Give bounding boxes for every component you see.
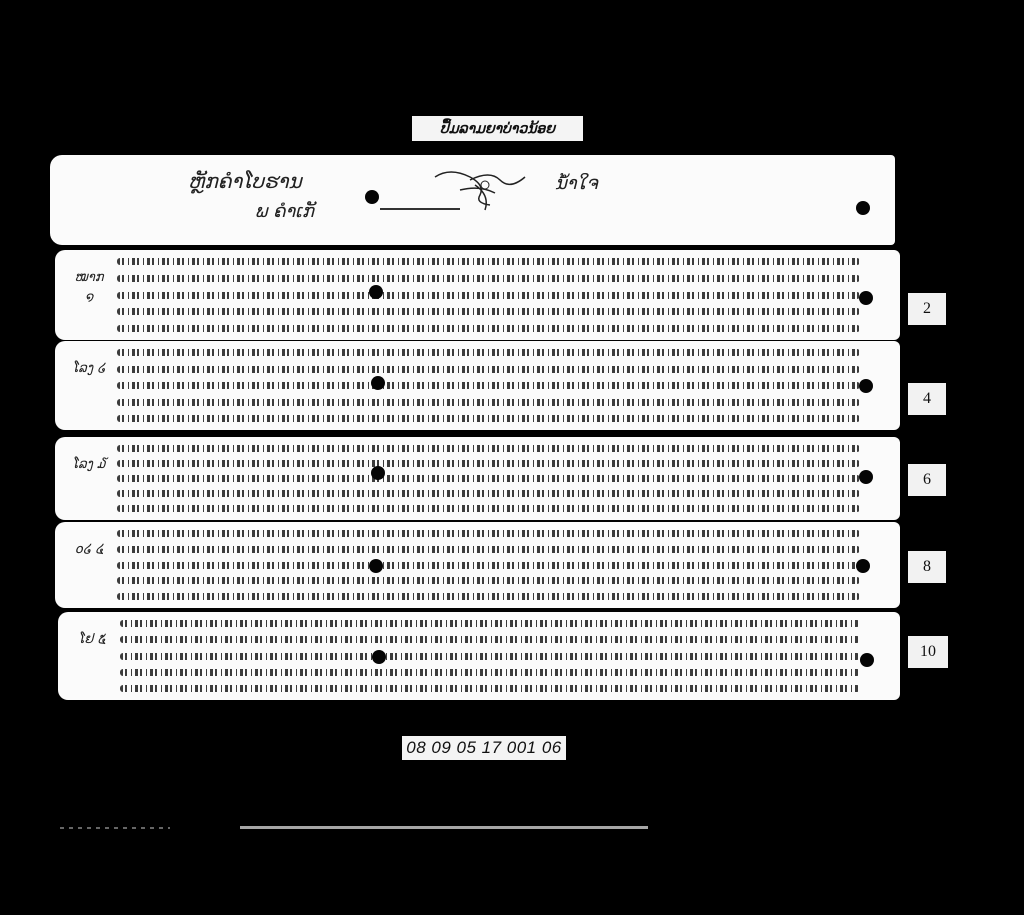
manuscript-title-text: ປຶ້ມລາມຍາບ່າວນ້ອຍ [440,120,555,137]
binding-hole-right [859,379,873,393]
binding-hole-left [371,466,385,480]
binding-hole-right [859,470,873,484]
manuscript-text-block [117,349,860,422]
binding-hole-right [856,559,870,573]
cover-rule-line [380,208,460,210]
binding-hole-right [856,201,870,215]
manuscript-text-block [120,620,860,692]
manuscript-text-block [117,258,860,332]
manuscript-id-text: 08 09 05 17 001 06 [406,738,562,758]
binding-hole-left [369,559,383,573]
margin-folio-note: ໝາກ ໑ [69,268,109,308]
manuscript-title-label: ປຶ້ມລາມຍາບ່າວນ້ອຍ [412,116,583,141]
margin-folio-note: ໂລງ ໓ [69,455,109,475]
binding-hole-left [369,285,383,299]
page-number-tag: 10 [908,636,948,668]
binding-hole-left [371,376,385,390]
page-number-tag: 6 [908,464,946,496]
palm-leaf-page: ໂລງ ໒ [55,341,900,430]
binding-hole-right [859,291,873,305]
manuscript-text-block [117,530,860,600]
margin-folio-note: ໐໒ ໔ [69,540,109,560]
palm-leaf-page: ໂຢ ໕ [58,612,900,700]
palm-leaf-page: ໐໒ ໔ [55,522,900,608]
cover-right-note: ນ້ຳໃຈ [555,173,598,194]
binding-hole-left [365,190,379,204]
binding-hole-right [860,653,874,667]
palm-leaf-cover: ຫຼັກຄຳໂບຮານ ພ ຄຳເກັ ນ້ຳໃຈ [50,155,895,245]
manuscript-id-label: 08 09 05 17 001 06 [402,736,566,760]
margin-folio-note: ໂຢ ໕ [72,630,112,650]
cover-title-line-2: ພ ຄຳເກັ [255,201,314,222]
margin-folio-note: ໂລງ ໒ [69,359,109,379]
palm-leaf-page: ໝາກ ໑ [55,250,900,340]
cover-title-line-1: ຫຼັກຄຳໂບຮານ [188,169,302,193]
scan-edge-artifact [60,827,170,829]
binding-hole-left [372,650,386,664]
scan-edge-artifact [240,826,648,829]
page-number-tag: 2 [908,293,946,325]
palm-leaf-page: ໂລງ ໓ [55,437,900,520]
page-number-tag: 8 [908,551,946,583]
page-number-tag: 4 [908,383,946,415]
manuscript-text-block [117,445,860,512]
